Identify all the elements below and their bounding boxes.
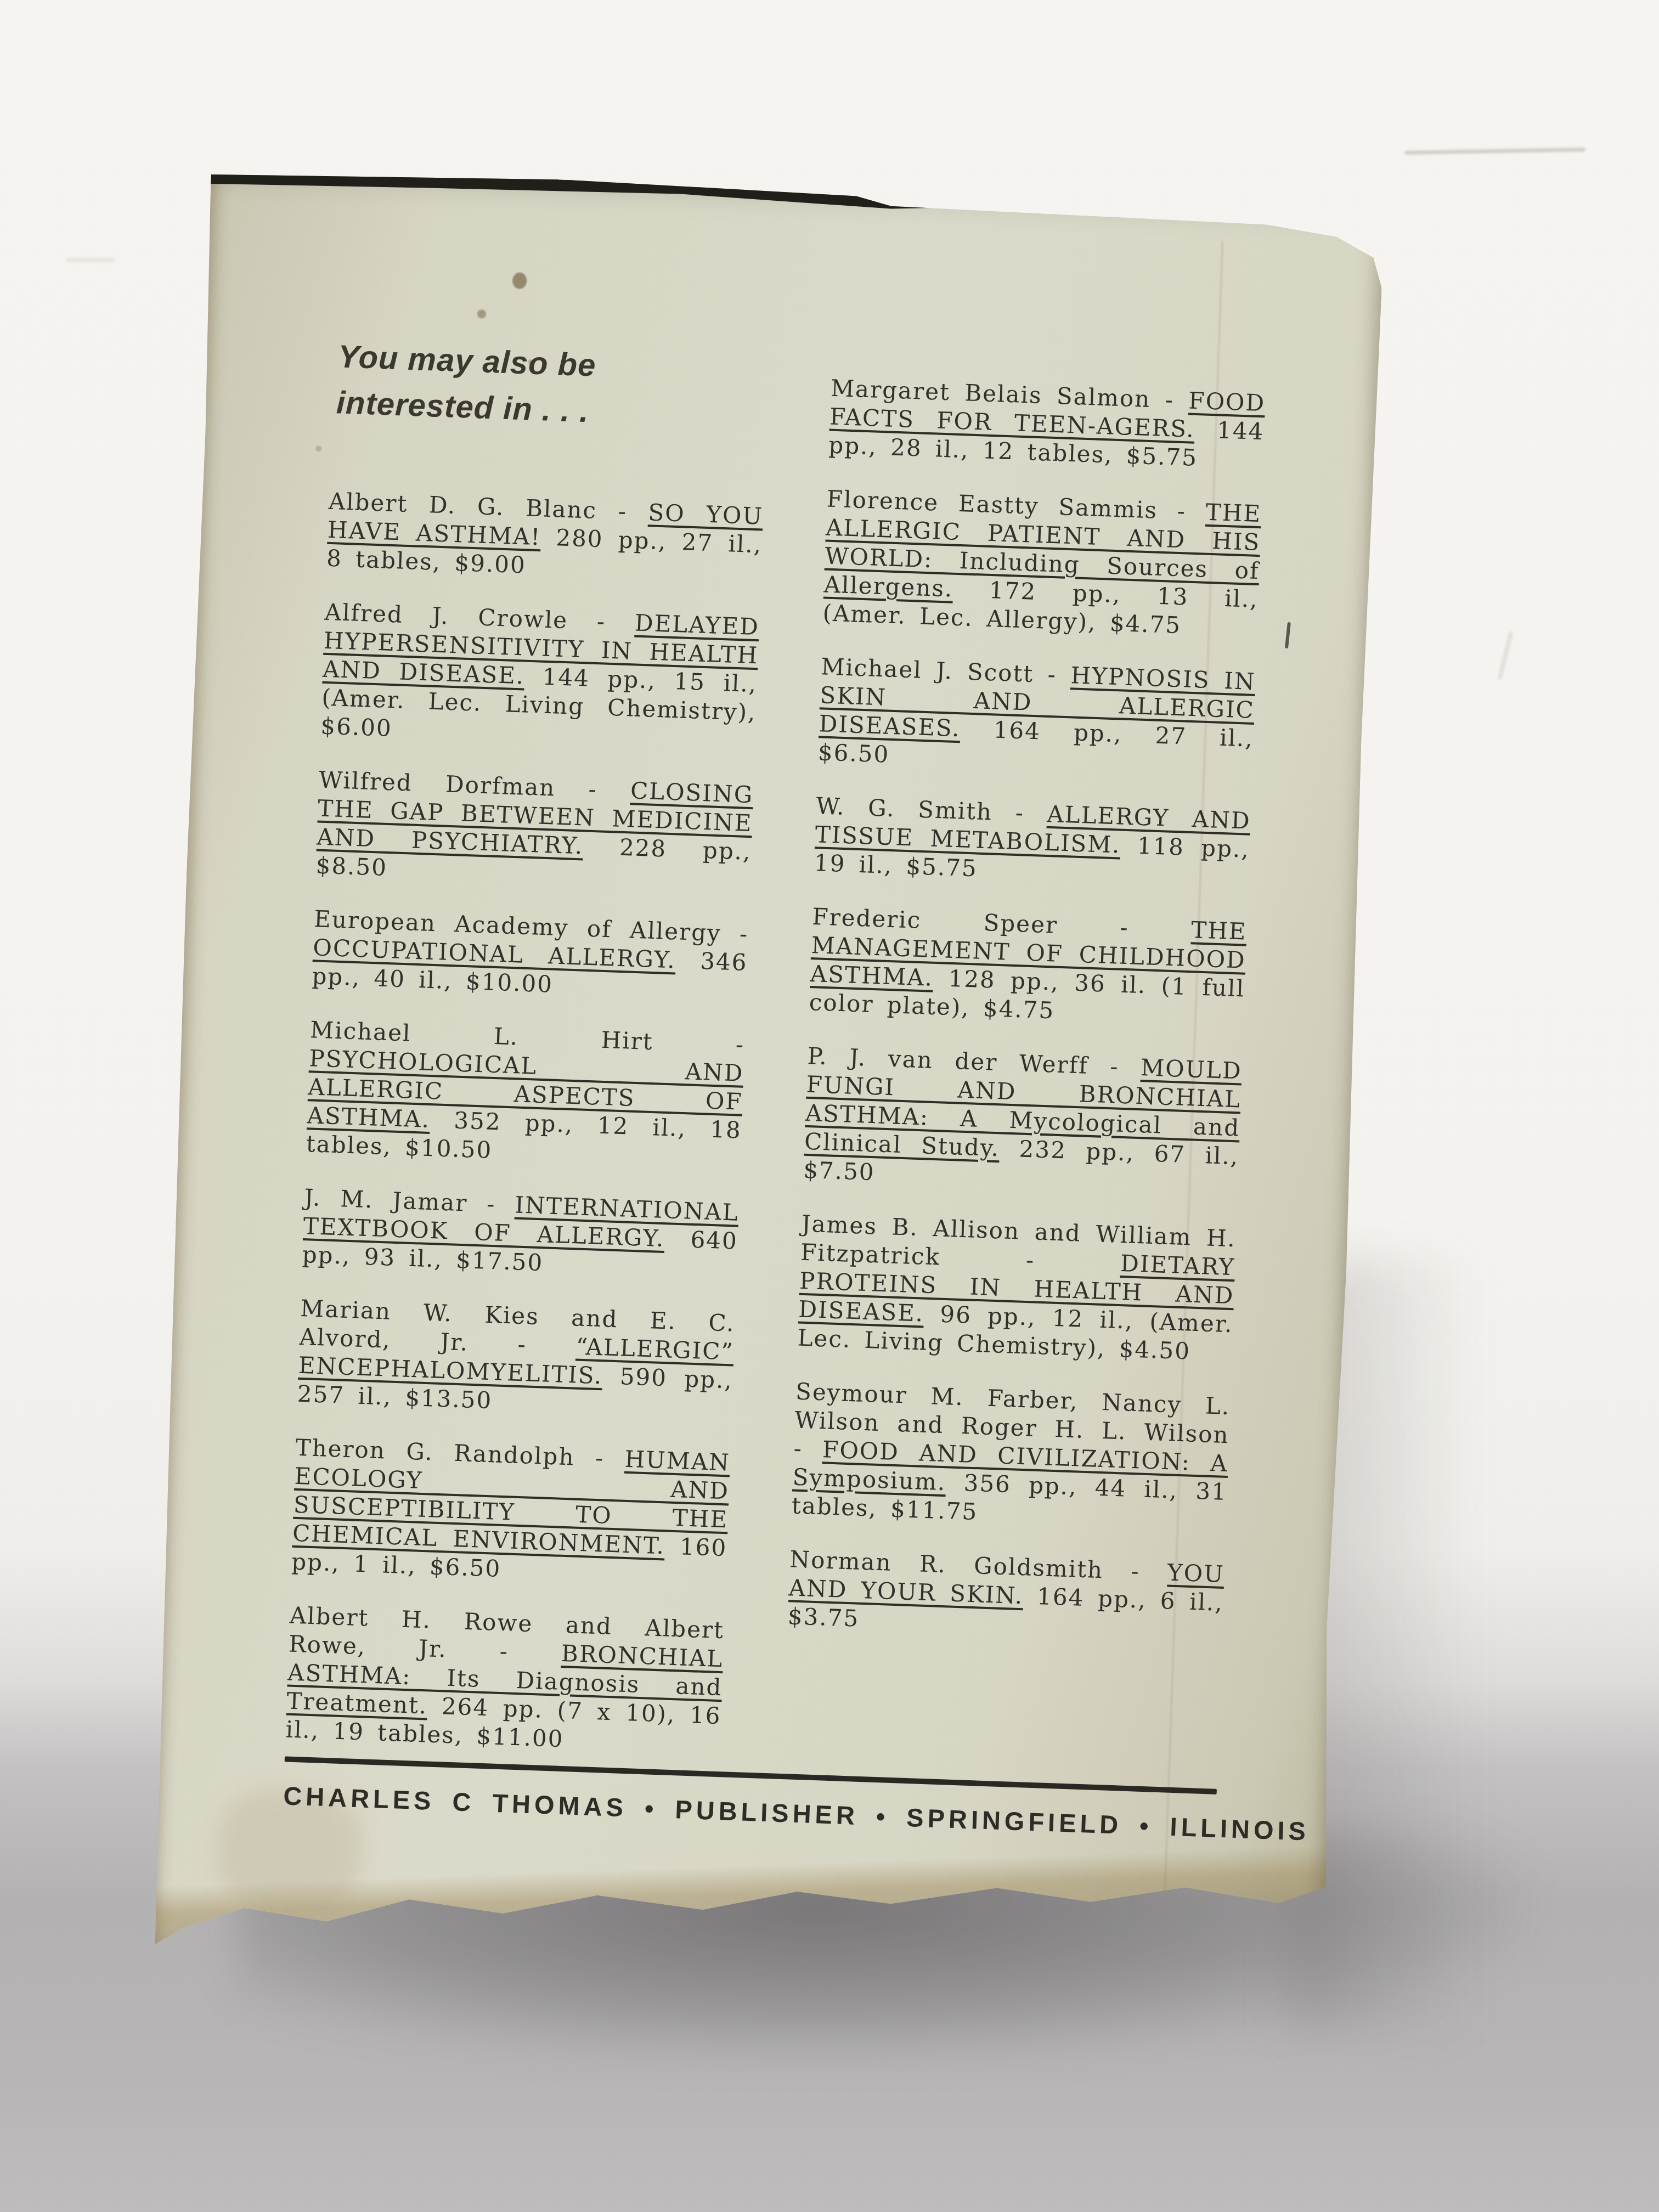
book-entry: Seymour M. Farber, Nancy L. Wilson and R… <box>791 1378 1231 1535</box>
entry-dash: - <box>595 1444 605 1472</box>
book-entry: Alfred J. Crowle - DELAYED HYPERSENSITIV… <box>320 598 760 755</box>
left-column: You may also be interested in . . . Albe… <box>284 334 769 1784</box>
book-entry: James B. Allison and William H. Fitzpatr… <box>797 1210 1237 1367</box>
book-entry: J. M. Jamar - INTERNATIONAL TEXTBOOK OF … <box>302 1183 739 1284</box>
entry-dash: - <box>1131 1558 1141 1585</box>
entry-dash: - <box>517 1331 527 1358</box>
foxing-spot <box>477 309 487 319</box>
foxing-spot <box>512 272 527 289</box>
wall-smudge <box>1497 631 1514 680</box>
book-entry: W. G. Smith - ALLERGY AND TISSUE METABOL… <box>814 792 1251 893</box>
right-column: Margaret Belais Salmon - FOOD FACTS FOR … <box>782 351 1266 1802</box>
entry-dash: - <box>793 1435 803 1462</box>
wall-smudge <box>1404 148 1585 155</box>
section-heading: You may also be interested in . . . <box>336 334 769 441</box>
book-entry: Margaret Belais Salmon - FOOD FACTS FOR … <box>828 374 1266 475</box>
book-entry: European Academy of Allergy - OCCUPATION… <box>312 905 749 1006</box>
entry-dash: - <box>1047 661 1057 689</box>
entry-dash: - <box>588 776 598 803</box>
entry-dash: - <box>1120 914 1130 941</box>
entry-dash: - <box>1165 386 1175 414</box>
left-entry-list: Albert D. G. Blanc - SO YOU HAVE ASTHMA!… <box>285 487 764 1759</box>
foxing-spot <box>315 445 321 452</box>
entry-dash: - <box>735 1031 745 1058</box>
entry-author: W. G. Smith <box>816 792 993 825</box>
book-entry: Frederic Speer - THE MANAGEMENT OF CHILD… <box>809 902 1247 1032</box>
entry-dash: - <box>499 1638 509 1665</box>
book-entry: Albert H. Rowe and Albert Rowe, Jr. - BR… <box>285 1601 725 1759</box>
right-entry-list: Margaret Belais Salmon - FOOD FACTS FOR … <box>787 374 1266 1646</box>
entry-dash: - <box>1177 498 1187 525</box>
printed-content: You may also be interested in . . . Albe… <box>284 334 1266 1802</box>
book-entry: Florence Eastty Sammis - THE ALLERGIC PA… <box>822 485 1262 642</box>
book-entry: Norman R. Goldsmith - YOU AND YOUR SKIN.… <box>787 1545 1224 1646</box>
photo-scene: You may also be interested in . . . Albe… <box>0 0 1659 2212</box>
book-list-columns: You may also be interested in . . . Albe… <box>284 334 1266 1802</box>
entry-dash: - <box>1110 1053 1120 1080</box>
book-entry: Michael L. Hirt - PSYCHOLOGICAL AND ALLE… <box>306 1015 745 1173</box>
book-entry: Albert D. G. Blanc - SO YOU HAVE ASTHMA!… <box>326 487 763 588</box>
entry-dash: - <box>739 920 749 947</box>
entry-dash: - <box>1025 1246 1035 1274</box>
book-entry: Marian W. Kies and E. C. Alvord, Jr. - “… <box>297 1294 735 1424</box>
publisher-line: CHARLES C THOMAS • PUBLISHER • SPRINGFIE… <box>283 1780 1216 1843</box>
entry-dash: - <box>1015 799 1025 827</box>
book-entry: P. J. van der Werff - MOULD FUNGI AND BR… <box>803 1042 1242 1199</box>
entry-dash: - <box>596 608 606 635</box>
book-entry: Theron G. Randolph - HUMAN ECOLOGY AND S… <box>291 1434 730 1591</box>
entry-author: J. M. Jamar <box>304 1184 468 1216</box>
book-entry: Michael J. Scott - HYPNOSIS IN SKIN AND … <box>817 652 1256 782</box>
ink-mark <box>1285 622 1291 648</box>
entry-dash: - <box>618 498 628 525</box>
wall-smudge <box>66 258 115 262</box>
book-entry: Wilfred Dorfman - CLOSING THE GAP BETWEE… <box>315 766 754 895</box>
entry-dash: - <box>486 1190 496 1218</box>
book-back-cover: You may also be interested in . . . Albe… <box>149 167 1385 1985</box>
